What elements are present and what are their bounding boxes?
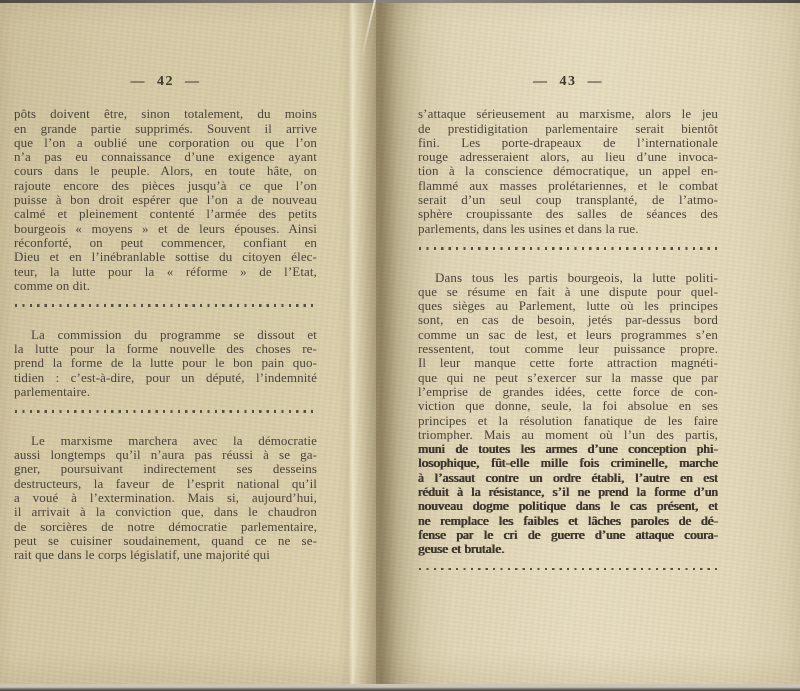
text-line: Dieu et en l’inébranlable sottise du cit… [14,250,317,264]
text-line: destructeurs, la faveur de l’esprit nati… [14,477,317,491]
text-line: à l’assaut contre un ordre établi, l’aut… [418,471,718,485]
text-line: aussi longtemps qu’il n’aura pas réussi … [14,448,317,462]
text-line: de sorcières de notre démocratie parleme… [14,520,317,534]
text-line: de prestidigitation parlementaire serait… [418,122,718,136]
text-line: fense par le cri de guerre d’une attaque… [418,528,718,542]
text-line: nouveau dogme politique dans le cas prés… [418,499,718,513]
paragraph: La commission du programme se dissout et… [14,328,317,399]
paragraph: s’attaque sérieusement au marxisme, alor… [418,107,718,236]
paragraph: pôts doivent être, sinon totalement, du … [14,107,317,293]
right-page-text-block: — 43 — s’attaque sérieusement au marxism… [418,3,718,591]
text-line: tidien : c’est-à-dire, pour un député, l… [14,371,317,385]
text-line: s’attaque sérieusement au marxisme, alor… [418,107,718,121]
dotted-separator [419,568,717,571]
text-line: puisse à bon droit espérer que l’on a de… [14,193,317,207]
text-line: Il leur manque cette forte attraction ma… [418,356,718,370]
text-line: l’emprise de grandes idées, cette force … [418,385,718,399]
left-page-text-block: — 42 — pôts doivent être, sinon totaleme… [14,3,317,563]
text-line: calmé et pleinement contenté l’armée des… [14,207,317,221]
text-line: la lutte pour la forme nouvelle des chos… [14,342,317,356]
text-line: que l’on a oublié une corporation ou que… [14,136,317,150]
text-line: serait d’un seul coup transplanté, de l’… [418,193,718,207]
text-line: fini. Les porte-drapeaux de l’internatio… [418,136,718,150]
text-line: muni de toutes les armes d’une conceptio… [418,442,718,456]
paragraph: Le marxisme marchera avec la démocratiea… [14,434,317,563]
left-page: — 42 — pôts doivent être, sinon totaleme… [0,3,376,684]
text-line: rait que dans le corps législatif, une m… [14,548,317,562]
text-line: réduit à la résistance, s’il ne prend la… [418,485,718,499]
text-line: n’a pas eu connaissance d’une exigence a… [14,150,317,164]
text-line: a voué à l’extermination. Mais si, aujou… [14,491,317,505]
text-line: prend la forme de la lutte pour le bon p… [14,356,317,370]
text-line: rajoute encore des pièces jusqu’à ce que… [14,179,317,193]
text-line: cours dans le peuple. Alors, en toute hâ… [14,164,317,178]
text-line: peut se cuisiner soudainement, quand ce … [14,534,317,548]
text-line: parlementaire. [14,385,317,399]
text-line: gner, poursuivant indirectement ses dess… [14,462,317,476]
text-line: il arrivait à la conviction que, dans le… [14,505,317,519]
page-number-left: — 42 — [14,75,317,89]
dotted-separator [15,304,316,307]
text-line: triompher. Mais au moment où l’un des pa… [418,428,718,442]
text-line: en grande partie supprimés. Souvent il a… [14,122,317,136]
text-line: ne remplace les faibles et lâches parole… [418,514,718,528]
book-scan: — 42 — pôts doivent être, sinon totaleme… [0,0,800,691]
text-line: losophique, fût-elle mille fois criminel… [418,456,718,470]
right-page: — 43 — s’attaque sérieusement au marxism… [376,3,800,684]
page-number-right: — 43 — [418,75,718,89]
text-line: comme un sac de lest, et leurs programme… [418,328,718,342]
dotted-separator [15,410,316,413]
text-line: comme on dit. [14,279,317,293]
text-line: bourgeois « moyens » et de leurs épouses… [14,222,317,236]
text-line: teur, la lutte pour la « réforme » de l’… [14,265,317,279]
text-line: ques sièges au Parlement, lutte où les p… [418,299,718,313]
text-line: réconforté, on peut commencer, confiant … [14,236,317,250]
text-line: geuse et brutale. [418,542,718,556]
text-line: rouge adresseraient alors, au lieu d’une… [418,150,718,164]
text-line: viction que donne, seule, la foi absolue… [418,399,718,413]
text-line: parlements, dans les usines et dans la r… [418,222,718,236]
text-line: sphère croupissante des salles de séance… [418,207,718,221]
text-line: que qui ne peut s’exercer sur la masse q… [418,371,718,385]
dotted-separator [419,247,717,250]
text-line: flammé aux masses prolétariennes, et le … [418,179,718,193]
text-line: Dans tous les partis bourgeois, la lutte… [418,271,718,285]
text-line: tion à la conscience démocratique, un ap… [418,164,718,178]
scan-edge-bottom [0,684,800,691]
text-line: ressentent, tout comme leur puissance pr… [418,342,718,356]
text-line: que se résume en fait à une dispute pour… [418,285,718,299]
text-line: La commission du programme se dissout et [14,328,317,342]
text-line: Le marxisme marchera avec la démocratie [14,434,317,448]
text-line: pôts doivent être, sinon totalement, du … [14,107,317,121]
text-line: principes et la résolution fanatique de … [418,414,718,428]
text-line: sont, en cas de besoin, jetés par-dessus… [418,313,718,327]
paragraph: Dans tous les partis bourgeois, la lutte… [418,271,718,557]
